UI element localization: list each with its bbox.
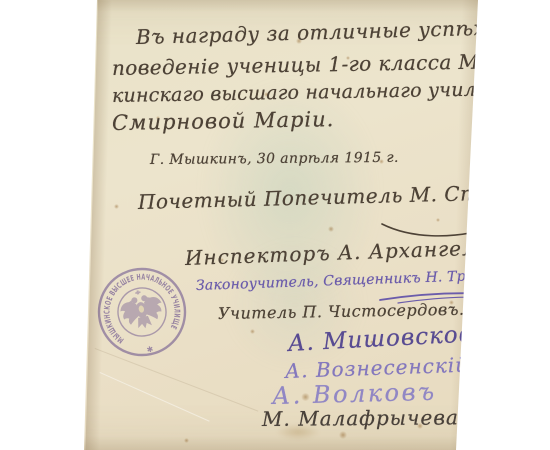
handwritten-line-place-date: Г. Мышкинъ, 30 апрѣля 1915 г. <box>150 151 399 167</box>
signature-7: А. Волковъ <box>272 380 437 408</box>
age-spot <box>436 218 440 222</box>
signature-8: М. Малафрычева <box>262 407 459 429</box>
age-spot <box>328 226 334 232</box>
school-seal-stamp: МЫШКИНСКОЕ ВЫСШЕЕ НАЧАЛЬНОЕ УЧИЛИЩЕ ✱ <box>80 250 203 373</box>
age-spot <box>184 438 189 443</box>
handwritten-line-student-name: Смирновой Маріи. <box>112 109 335 134</box>
stamp-bottom-symbol: ✱ <box>146 344 155 354</box>
age-spot <box>250 329 255 334</box>
paper-page: Въ награду за отличные успѣхи и поведені… <box>0 0 550 450</box>
age-spot <box>339 431 347 439</box>
age-spot <box>114 204 119 209</box>
signature-teacher: Учитель П. Чистосердовъ. <box>218 302 465 322</box>
signature-6: А. Вознесенскій <box>285 355 470 381</box>
scanned-document: Въ награду за отличные успѣхи и поведені… <box>0 0 550 450</box>
double-headed-eagle-icon <box>117 286 166 332</box>
